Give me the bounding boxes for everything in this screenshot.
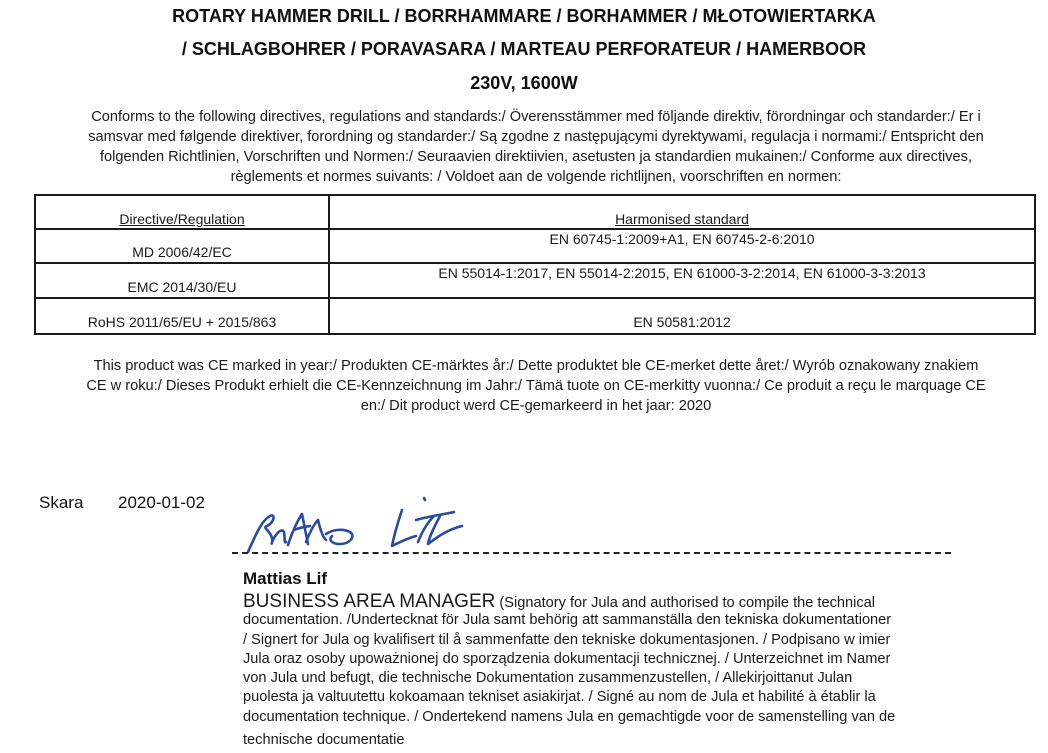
signer-name: Mattias Lif xyxy=(243,569,327,589)
ce-marking-statement: This product was CE marked in year:/ Pro… xyxy=(36,356,1036,416)
table-header-row: Directive/Regulation Harmonised standard xyxy=(35,195,1035,229)
signatory-line: BUSINESS AREA MANAGER (Signatory for Jul… xyxy=(243,592,955,611)
signer-title: BUSINESS AREA MANAGER xyxy=(243,592,495,612)
standard-cell: EN 50581:2012 xyxy=(329,298,1035,334)
signing-place: Skara xyxy=(39,493,83,513)
conformity-statement: Conforms to the following directives, re… xyxy=(36,107,1036,187)
header-standard: Harmonised standard xyxy=(329,195,1035,229)
table-row: EMC 2014/30/EU EN 55014-1:2017, EN 55014… xyxy=(35,263,1035,298)
ce-line: CE w roku:/ Dieses Produkt erhielt die C… xyxy=(36,376,1036,396)
signatory-line: documentation. /Undertecknat för Jula sa… xyxy=(243,611,955,630)
table-row: MD 2006/42/EC EN 60745-1:2009+A1, EN 607… xyxy=(35,229,1035,263)
signatory-line: puolesta ja valtuutettu kokoamaan teknis… xyxy=(243,688,955,707)
signature-line xyxy=(232,552,951,554)
handwritten-signature xyxy=(240,490,490,556)
ce-line: en:/ Dit product werd CE-gemarkeerd in h… xyxy=(36,396,1036,416)
signatory-line: technische documentatie xyxy=(243,731,955,750)
conformity-line: folgenden Richtlinien, Vorschriften und … xyxy=(36,147,1036,167)
signatory-line: Jula oraz osoby upoważnionej do sporządz… xyxy=(243,650,955,669)
document-title-line-1: ROTARY HAMMER DRILL / BORRHAMMARE / BORH… xyxy=(0,6,1048,27)
signatory-line: / Signert for Jula og kvalifisert til å … xyxy=(243,631,955,650)
conformity-line: Conforms to the following directives, re… xyxy=(36,107,1036,127)
header-directive: Directive/Regulation xyxy=(35,195,329,229)
conformity-line: règlements et normes suivants: / Voldoet… xyxy=(36,167,1036,187)
standard-cell: EN 60745-1:2009+A1, EN 60745-2-6:2010 xyxy=(329,229,1035,263)
document-title-line-2: / SCHLAGBOHRER / PORAVASARA / MARTEAU PE… xyxy=(0,39,1048,60)
standard-cell: EN 55014-1:2017, EN 55014-2:2015, EN 610… xyxy=(329,263,1035,298)
directives-table: Directive/Regulation Harmonised standard… xyxy=(34,194,1036,335)
signatory-statement: BUSINESS AREA MANAGER (Signatory for Jul… xyxy=(243,592,955,750)
signatory-line: documentation technique. / Ondertekend n… xyxy=(243,708,955,727)
ce-line: This product was CE marked in year:/ Pro… xyxy=(36,356,1036,376)
conformity-line: samsvar med følgende direktiver, forordn… xyxy=(36,127,1036,147)
directive-cell: MD 2006/42/EC xyxy=(35,229,329,263)
signatory-line: von Jula und befugt, die technische Doku… xyxy=(243,669,955,688)
directive-cell: RoHS 2011/65/EU + 2015/863 xyxy=(35,298,329,334)
signing-date: 2020-01-02 xyxy=(118,493,205,513)
table-row: RoHS 2011/65/EU + 2015/863 EN 50581:2012 xyxy=(35,298,1035,334)
product-specs: 230V, 1600W xyxy=(0,73,1048,94)
directive-cell: EMC 2014/30/EU xyxy=(35,263,329,298)
